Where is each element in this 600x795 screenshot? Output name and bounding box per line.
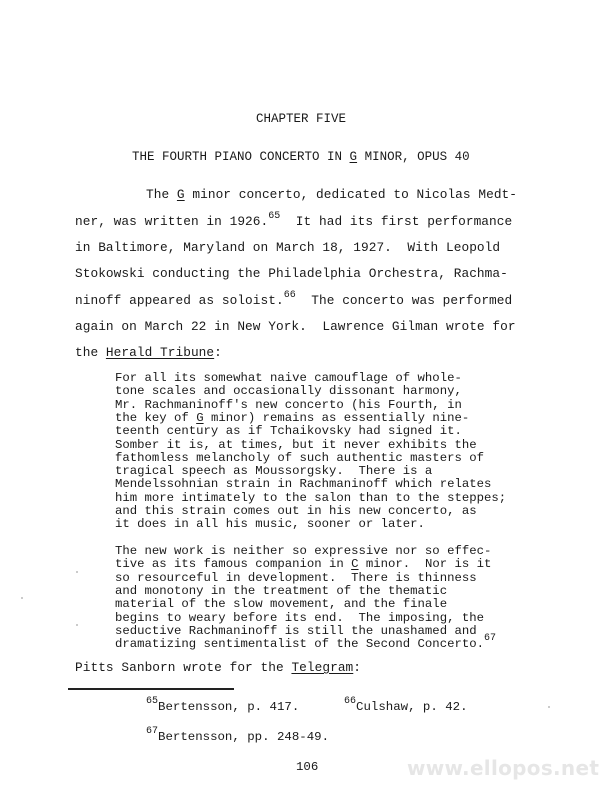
scan-speck [76,571,78,573]
text: : [214,345,222,360]
text: begins to weary before its end. The impo… [115,611,484,625]
quote-line: tragical speech as Moussorgsky. There is… [115,464,432,478]
text: tive as its famous companion in [115,557,351,571]
text: : [353,660,361,675]
text: seductive Rachmaninoff is still the unas… [115,624,477,638]
scan-speck [548,706,550,708]
scan-speck [76,624,78,626]
text: teenth century as if Tchaikovsky had sig… [115,424,462,438]
text: and this strain comes out in his new con… [115,504,477,518]
scan-speck [21,597,23,599]
text: him more intimately to the salon than to… [115,491,506,505]
text: Mendelssohnian strain in Rachmaninoff wh… [115,477,491,491]
quote-line: material of the slow movement, and the f… [115,597,447,611]
key-letter: G [196,411,203,425]
text: Mr. Rachmaninoff's new concerto (his Fou… [115,398,462,412]
footnote-number: 65 [146,696,158,707]
text: the [75,345,106,360]
chapter-heading: CHAPTER FIVE [256,112,346,126]
quote-line: Mendelssohnian strain in Rachmaninoff wh… [115,477,491,491]
text: so resourceful in development. There is … [115,571,477,585]
text: minor concerto, dedicated to Nicolas Med… [185,187,517,202]
quote-line: and this strain comes out in his new con… [115,504,477,518]
quote-line: The new work is neither so expressive no… [115,544,491,558]
body-line: ninoff appeared as soloist.66 The concer… [75,293,512,308]
body-line: The G minor concerto, dedicated to Nicol… [146,187,517,202]
footnote-text: Culshaw, p. 42. [356,700,468,714]
text: For all its somewhat naive camouflage of… [115,371,462,385]
text: minor. Nor is it [359,557,492,571]
footnote-ref: 67 [484,633,496,644]
quote-line: Somber it is, at times, but it never exh… [115,438,477,452]
quote-line: fathomless melancholy of such authentic … [115,451,484,465]
text: minor) remains as essentially nine- [204,411,470,425]
quote-line: it does in all his music, sooner or late… [115,517,425,531]
footnote-number: 67 [146,726,158,737]
text: The [146,187,177,202]
quote-line: so resourceful in development. There is … [115,571,477,585]
key-letter: C [351,557,358,571]
footnote-67: 67Bertensson, pp. 248-49. [146,730,329,744]
quote-line: seductive Rachmaninoff is still the unas… [115,624,477,638]
quote-line: and monotony in the treatment of the the… [115,584,447,598]
quote-line: For all its somewhat naive camouflage of… [115,371,462,385]
body-line: again on March 22 in New York. Lawrence … [75,319,516,334]
text: dramatizing sentimentalist of the Second… [115,637,484,651]
quote-line: begins to weary before its end. The impo… [115,611,484,625]
text: tone scales and occasionally dissonant h… [115,384,462,398]
footnote-number: 66 [344,696,356,707]
text: tragical speech as Moussorgsky. There is… [115,464,432,478]
key-letter: G [177,187,185,202]
quote-line: tone scales and occasionally dissonant h… [115,384,462,398]
page-number: 106 [296,760,318,774]
text: it does in all his music, sooner or late… [115,517,425,531]
quote-line: him more intimately to the salon than to… [115,491,506,505]
text: ner, was written in 1926. [75,214,268,229]
body-line: Pitts Sanborn wrote for the Telegram: [75,660,361,675]
watermark: www.ellopos.net [407,756,599,780]
title-text-end: MINOR, OPUS 40 [357,150,470,164]
quote-line: dramatizing sentimentalist of the Second… [115,637,496,651]
text: Somber it is, at times, but it never exh… [115,438,477,452]
text: and monotony in the treatment of the the… [115,584,447,598]
footnote-ref: 65 [268,211,280,222]
body-line: in Baltimore, Maryland on March 18, 1927… [75,240,500,255]
text: The new work is neither so expressive no… [115,544,491,558]
text: material of the slow movement, and the f… [115,597,447,611]
text: Pitts Sanborn wrote for the [75,660,291,675]
text: fathomless melancholy of such authentic … [115,451,484,465]
chapter-title: THE FOURTH PIANO CONCERTO IN G MINOR, OP… [132,150,470,164]
text: It had its first performance [280,214,512,229]
footnote-ref: 66 [284,290,296,301]
quote-line: the key of G minor) remains as essential… [115,411,469,425]
footnote-divider [68,688,234,690]
quote-line: tive as its famous companion in C minor.… [115,557,491,571]
quote-line: teenth century as if Tchaikovsky had sig… [115,424,462,438]
footnote-text: Bertensson, p. 417. [158,700,299,714]
footnote-66: 66Culshaw, p. 42. [344,700,468,714]
text: ninoff appeared as soloist. [75,293,284,308]
title-key: G [350,150,358,164]
body-line: ner, was written in 1926.65 It had its f… [75,214,512,229]
body-line: Stokowski conducting the Philadelphia Or… [75,266,508,281]
footnote-text: Bertensson, pp. 248-49. [158,730,329,744]
publication-title: Herald Tribune [106,345,214,360]
text: the key of [115,411,196,425]
title-text: THE FOURTH PIANO CONCERTO IN [132,150,350,164]
publication-title: Telegram [291,660,353,675]
text: The concerto was performed [296,293,512,308]
quote-line: Mr. Rachmaninoff's new concerto (his Fou… [115,398,462,412]
body-line: the Herald Tribune: [75,345,222,360]
footnote-65: 65Bertensson, p. 417. [146,700,299,714]
